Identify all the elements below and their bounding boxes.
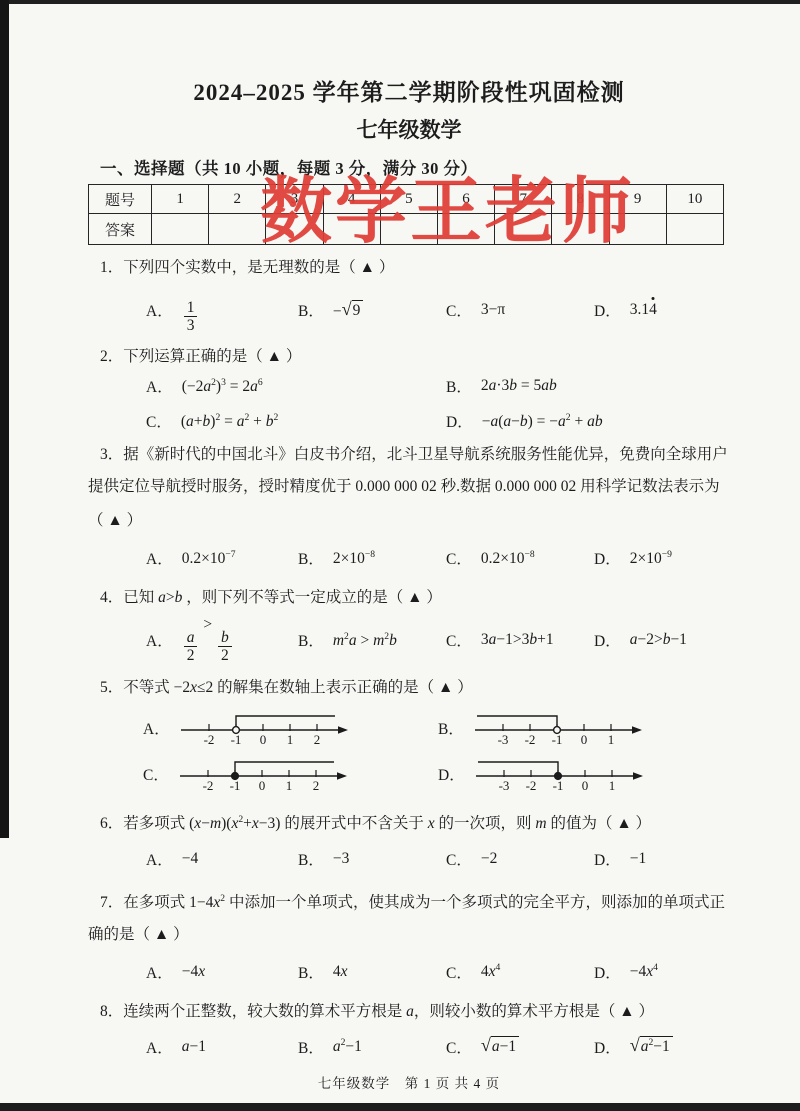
question-stem: 8．连续两个正整数，较大数的算术平方根是 a，则较小数的算术平方根是（ ▲ ） [88,996,730,1027]
option-math: −1 [630,850,647,868]
page-subtitle: 七年级数学 [88,114,730,144]
option-label: D． [594,547,621,569]
option-label: D． [594,299,621,321]
option-math: 4x [333,963,348,981]
option-math: −3 [333,850,350,868]
option-math: a−1 [182,1038,206,1056]
option: B．4x [298,961,446,983]
svg-text:0: 0 [259,732,266,746]
option-math: −2 [481,850,498,868]
option: A．13 [146,286,298,334]
row-header-cell: 题号 [89,185,152,214]
option: C．(a+b)2 = a2 + b2 [146,410,446,432]
svg-text:1: 1 [286,778,293,792]
question-stem: 6．若多项式 (x−m)(x2+x−3) 的展开式中不含关于 x 的一次项，则 … [88,804,730,839]
option-label: B． [298,1036,324,1058]
option: B．m2a > m2b [298,629,446,651]
svg-text:-3: -3 [498,778,509,792]
option: A．(−2a2)3 = 2a6 [146,375,446,397]
numberline-svg: -2-1012 [178,752,350,792]
option-math: 3.14 [630,301,657,319]
option-label: B． [298,848,324,870]
option-label: B． [438,717,464,739]
svg-text:0: 0 [581,732,588,746]
question-6: 6．若多项式 (x−m)(x2+x−3) 的展开式中不含关于 x 的一次项，则 … [88,804,730,876]
question-7: 7．在多项式 1−4x2 中添加一个单项式，使其成为一个多项式的完全平方，则添加… [88,883,730,989]
row-header-cell: 答案 [89,214,152,245]
option: D．−1 [594,848,730,870]
option-math: 4x4 [481,962,500,981]
question-stem: 7．在多项式 1−4x2 中添加一个单项式，使其成为一个多项式的完全平方，则添加… [88,883,730,918]
option-label: A． [146,299,173,321]
option: C．−2 [446,848,594,870]
option-label: C． [446,848,472,870]
option: A．a−1 [146,1036,298,1058]
svg-text:1: 1 [608,732,615,746]
option-label: C． [446,547,472,569]
option: A．-2-1012 [143,706,438,751]
question-number-cell: 2 [209,185,266,214]
svg-text:1: 1 [286,732,293,746]
option: D．3.14 [594,299,730,321]
question-number-cell: 1 [152,185,209,214]
option: C．-2-1012 [143,752,438,797]
option-label: C． [143,763,169,785]
option-label: A． [146,629,173,651]
option-math: −4x [182,963,205,981]
option: B．-3-2-101 [438,706,730,751]
options-row: A．(−2a2)3 = 2a6B．2a·3b = 5abC．(a+b)2 = a… [88,375,730,432]
answer-cell [209,214,266,245]
options-row: A．13B．−√9C．3−πD．3.14 [88,286,730,334]
option-label: D． [594,1036,621,1058]
option-math: 3−π [481,301,505,319]
numberline-diagram: -2-1012 [178,752,350,797]
question-stem: （ ▲ ） [88,504,730,538]
question-stem: 3．据《新时代的中国北斗》白皮书介绍，北斗卫星导航系统服务性能优异，免费向全球用… [88,439,730,470]
option-label: C． [146,410,172,432]
option-label: D． [438,763,465,785]
option: D．-3-2-101 [438,752,730,797]
option: C．3a−1>3b+1 [446,629,594,651]
option-label: A． [146,1036,173,1058]
answer-cell [666,214,723,245]
option-label: D． [594,629,621,651]
numberline-diagram: -2-1012 [179,706,351,751]
question-number-cell: 10 [666,185,723,214]
question-8: 8．连续两个正整数，较大数的算术平方根是 a，则较小数的算术平方根是（ ▲ ）A… [88,996,730,1064]
option-math: 2×10−9 [630,549,672,568]
option-math: 3a−1>3b+1 [481,631,554,649]
option: D．a−2>b−1 [594,629,730,651]
page-footer: 七年级数学 第 1 页 共 4 页 [88,1072,730,1092]
option-label: A． [146,848,173,870]
svg-text:2: 2 [313,778,320,792]
option-math: −4 [182,850,199,868]
option: C．3−π [446,299,594,321]
option: D．2×10−9 [594,547,730,569]
option-math: a−2>b−1 [630,631,687,649]
option: B．2a·3b = 5ab [446,375,730,397]
question-2: 2．下列运算正确的是（ ▲ ）A．(−2a2)3 = 2a6B．2a·3b = … [88,341,730,432]
numberline-svg: -3-2-101 [474,752,646,792]
svg-text:-3: -3 [497,732,508,746]
option-label: C． [446,629,472,651]
option: B．−√9 [298,299,446,321]
option: B．−3 [298,848,446,870]
option-label: B． [446,375,472,397]
option-math: 0.2×10−7 [182,549,236,568]
questions-list: 1．下列四个实数中，是无理数的是（ ▲ ）A．13B．−√9C．3−πD．3.1… [88,252,730,1064]
exam-paper-page: 2024–2025 学年第二学期阶段性巩固检测 七年级数学 一、选择题（共 10… [0,0,800,1111]
svg-text:0: 0 [259,778,266,792]
options-row: A．a2 > b2B．m2a > m2bC．3a−1>3b+1D．a−2>b−1 [88,616,730,664]
question-5: 5．不等式 −2x≤2 的解集在数轴上表示正确的是（ ▲ ）A．-2-1012B… [88,672,730,797]
option-label: A． [146,547,173,569]
option-label: B． [298,961,324,983]
scan-edge-bottom [0,1103,800,1111]
svg-text:1: 1 [608,778,615,792]
question-stem: 确的是（ ▲ ） [88,918,730,952]
option-label: A． [143,717,170,739]
question-stem: 提供定位导航授时服务，授时精度优于 0.000 000 02 秒.数据 0.00… [88,470,730,504]
option-label: A． [146,961,173,983]
option-label: C． [446,1036,472,1058]
options-row: A．−4B．−3C．−2D．−1 [88,842,730,876]
option: C．0.2×10−8 [446,547,594,569]
option: D．−a(a−b) = −a2 + ab [446,410,730,432]
question-1: 1．下列四个实数中，是无理数的是（ ▲ ）A．13B．−√9C．3−πD．3.1… [88,252,730,334]
options-row: A．−4xB．4xC．4x4D．−4x4 [88,955,730,989]
option: A．−4x [146,961,298,983]
question-stem: 4．已知 a>b ，则下列不等式一定成立的是（ ▲ ） [88,582,730,613]
option-math: a2 > b2 [182,616,234,664]
option-math: 13 [182,286,200,334]
scan-edge-top [0,0,800,4]
option-label: D． [594,848,621,870]
option-math: 0.2×10−8 [481,549,535,568]
svg-text:0: 0 [581,778,588,792]
svg-text:-2: -2 [202,778,213,792]
option-math: m2a > m2b [333,631,397,650]
question-3: 3．据《新时代的中国北斗》白皮书介绍，北斗卫星导航系统服务性能优异，免费向全球用… [88,439,730,575]
option-label: B． [298,299,324,321]
svg-text:-2: -2 [525,778,536,792]
option-math: √a−1 [481,1036,519,1057]
question-stem: 5．不等式 −2x≤2 的解集在数轴上表示正确的是（ ▲ ） [88,672,730,703]
numberline-diagram: -3-2-101 [473,706,645,751]
scan-edge-left [0,0,9,838]
option-math: 2a·3b = 5ab [481,377,557,395]
option: A．a2 > b2 [146,616,298,664]
option-math: 2×10−8 [333,549,375,568]
option-math: (−2a2)3 = 2a6 [182,377,263,396]
option: B．a2−1 [298,1036,446,1058]
watermark: 数学王老师 [260,176,635,248]
options-row: A．a−1B．a2−1C．√a−1D．√a2−1 [88,1030,730,1064]
option-math: (a+b)2 = a2 + b2 [181,412,278,431]
question-stem: 1．下列四个实数中，是无理数的是（ ▲ ） [88,252,730,283]
option: C．√a−1 [446,1036,594,1058]
numberline-svg: -2-1012 [179,706,351,746]
option: A．−4 [146,848,298,870]
option-label: C． [446,961,472,983]
option-math: a2−1 [333,1037,362,1056]
option-math: −4x4 [630,962,658,981]
question-4: 4．已知 a>b ，则下列不等式一定成立的是（ ▲ ）A．a2 > b2B．m2… [88,582,730,664]
option-math: √a2−1 [630,1036,673,1057]
svg-text:-2: -2 [524,732,535,746]
options-row: A．0.2×10−7B．2×10−8C．0.2×10−8D．2×10−9 [88,541,730,575]
option-label: B． [298,629,324,651]
option-label: A． [146,375,173,397]
numberline-svg: -3-2-101 [473,706,645,746]
option: C．4x4 [446,961,594,983]
question-stem: 2．下列运算正确的是（ ▲ ） [88,341,730,372]
option-math: −a(a−b) = −a2 + ab [482,412,603,431]
option-label: B． [298,547,324,569]
option: A．0.2×10−7 [146,547,298,569]
option-label: C． [446,299,472,321]
answer-cell [152,214,209,245]
option-label: D． [446,410,473,432]
numberline-options: A．-2-1012B．-3-2-101C．-2-1012D．-3-2-101 [88,706,730,797]
option: D．−4x4 [594,961,730,983]
option-math: −√9 [333,300,364,321]
option-label: D． [594,961,621,983]
option: D．√a2−1 [594,1036,730,1058]
page-title: 2024–2025 学年第二学期阶段性巩固检测 [88,74,730,107]
numberline-diagram: -3-2-101 [474,752,646,797]
svg-text:-2: -2 [203,732,214,746]
option: B．2×10−8 [298,547,446,569]
svg-text:2: 2 [313,732,320,746]
